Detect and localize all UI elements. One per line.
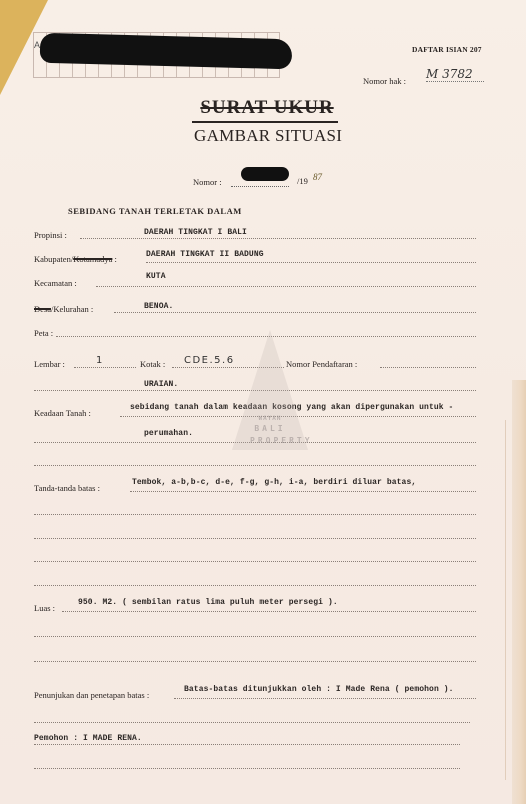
field-propinsi: Propinsi : DAERAH TINGKAT I BALI — [34, 228, 476, 240]
desa-struck: Desa — [34, 304, 51, 314]
lembar-label: Lembar : — [34, 359, 65, 369]
page-fold-line — [505, 420, 506, 780]
uraian-value: URAIAN. — [144, 380, 178, 389]
nomor-pendaftaran-line — [380, 367, 476, 368]
penunjukan-value: Batas-batas ditunjukkan oleh : I Made Re… — [184, 685, 454, 694]
field-peta: Peta : — [34, 326, 476, 338]
luas-label: Luas : — [34, 603, 55, 613]
blank-dotted-line — [34, 538, 476, 539]
field-penunjukan: Penunjukan dan penetapan batas : Batas-b… — [34, 688, 476, 700]
propinsi-label: Propinsi : — [34, 230, 67, 240]
kabupaten-label-suffix: : — [112, 254, 117, 264]
peta-line — [56, 336, 476, 337]
field-uraian: URAIAN. — [34, 380, 476, 392]
nomor-year-prefix: /19 — [297, 176, 308, 186]
title-struck: SURAT UKUR — [192, 97, 342, 119]
nomor-year-value: 87 — [313, 172, 322, 182]
blank-line — [34, 455, 476, 467]
kotak-line — [172, 367, 284, 368]
field-pemohon: Pemohon : I MADE RENA. — [34, 734, 476, 746]
blank-dotted-line — [34, 514, 476, 515]
nomor-hak-value: M 3782 — [426, 67, 484, 82]
kelurahan-line — [114, 312, 476, 313]
tanda-batas-label: Tanda-tanda batas : — [34, 483, 100, 493]
blank-dotted-line — [34, 661, 476, 662]
field-keadaan-tanah: Keadaan Tanah : sebidang tanah dalam kea… — [34, 406, 476, 418]
redaction-mark-nomor — [241, 167, 289, 181]
penunjukan-line — [174, 698, 476, 699]
propinsi-line — [80, 238, 476, 239]
field-keadaan-tanah-cont: perumahan. — [34, 432, 476, 444]
kabupaten-line — [146, 262, 476, 263]
kabupaten-label: Kabupaten/Kotamadya : — [34, 254, 117, 264]
tanda-batas-line — [130, 491, 476, 492]
nomor-label: Nomor : — [193, 177, 222, 187]
blank-line — [34, 626, 476, 638]
kelurahan-value: BENOA. — [144, 302, 173, 311]
blank-dotted-line — [34, 768, 460, 769]
keadaan-tanah-value-1: sebidang tanah dalam keadaan kosong yang… — [130, 403, 453, 412]
kotak-value: CDE.5.6 — [184, 355, 235, 366]
pemohon-value: Pemohon : I MADE RENA. — [34, 734, 142, 743]
blank-line — [34, 551, 476, 563]
field-lembar-kotak: Lembar : 1 Kotak : CDE.5.6 Nomor Pendaft… — [34, 357, 476, 369]
blank-line — [34, 712, 476, 724]
field-kecamatan: Kecamatan : KUTA — [34, 276, 476, 288]
luas-value: 950. M2. ( sembilan ratus lima puluh met… — [78, 598, 338, 607]
page-edge — [512, 380, 526, 804]
title-divider — [192, 121, 338, 123]
keadaan-tanah-line-1 — [120, 416, 476, 417]
blank-dotted-line — [34, 465, 476, 466]
tanda-batas-value: Tembok, a-b,b-c, d-e, f-g, g-h, i-a, ber… — [132, 478, 416, 487]
blank-dotted-line — [34, 561, 476, 562]
kelurahan-label-suffix: /Kelurahan : — [51, 304, 93, 314]
lembar-line — [74, 367, 136, 368]
kecamatan-value: KUTA — [146, 272, 166, 281]
nomor-pendaftaran-label: Nomor Pendaftaran : — [286, 359, 357, 369]
blank-dotted-line — [34, 585, 476, 586]
nomor-hak-label: Nomor hak : — [363, 76, 406, 86]
field-kelurahan: Desa/Kelurahan : BENOA. — [34, 302, 476, 314]
form-code: DAFTAR ISIAN 207 — [412, 45, 482, 54]
field-kabupaten: Kabupaten/Kotamadya : DAERAH TINGKAT II … — [34, 252, 476, 264]
blank-dotted-line — [34, 636, 476, 637]
blank-line — [34, 758, 476, 770]
field-luas: Luas : 950. M2. ( sembilan ratus lima pu… — [34, 601, 476, 613]
page-title: GAMBAR SITUASI — [194, 126, 342, 146]
kecamatan-line — [96, 286, 476, 287]
kelurahan-label: Desa/Kelurahan : — [34, 304, 93, 314]
luas-line — [62, 611, 476, 612]
uraian-line — [34, 390, 476, 391]
propinsi-value: DAERAH TINGKAT I BALI — [144, 228, 247, 237]
keadaan-tanah-line-2 — [34, 442, 476, 443]
kabupaten-label-prefix: Kabupaten/ — [34, 254, 73, 264]
field-tanda-batas: Tanda-tanda batas : Tembok, a-b,b-c, d-e… — [34, 481, 476, 493]
blank-line — [34, 575, 476, 587]
lembar-value: 1 — [96, 355, 104, 366]
peta-label: Peta : — [34, 328, 53, 338]
kotak-label: Kotak : — [140, 359, 165, 369]
blank-dotted-line — [34, 722, 470, 723]
blank-line — [34, 504, 476, 516]
kotamadya-struck: Kotamadya — [73, 254, 112, 264]
blank-line — [34, 651, 476, 663]
blank-line — [34, 528, 476, 540]
kecamatan-label: Kecamatan : — [34, 278, 77, 288]
kabupaten-value: DAERAH TINGKAT II BADUNG — [146, 250, 264, 259]
keadaan-tanah-value-2: perumahan. — [144, 429, 193, 438]
pemohon-line — [34, 744, 460, 745]
penunjukan-label: Penunjukan dan penetapan batas : — [34, 690, 149, 700]
keadaan-tanah-label: Keadaan Tanah : — [34, 408, 91, 418]
section-heading: SEBIDANG TANAH TERLETAK DALAM — [68, 206, 242, 216]
